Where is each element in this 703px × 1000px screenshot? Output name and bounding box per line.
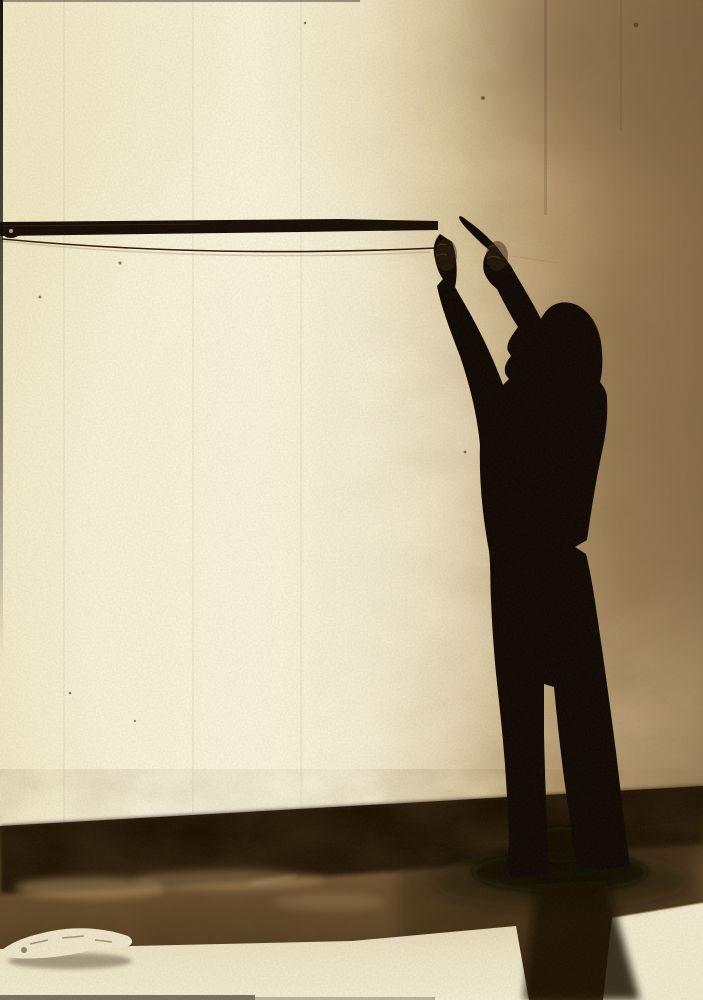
photo xyxy=(0,0,703,1000)
frame-edge-top xyxy=(0,0,360,2)
frame-edge-bottom xyxy=(0,995,255,1000)
film-grain-overlay xyxy=(0,0,703,1000)
photo-canvas xyxy=(0,0,703,1000)
film-edge-strip-left xyxy=(0,0,3,660)
